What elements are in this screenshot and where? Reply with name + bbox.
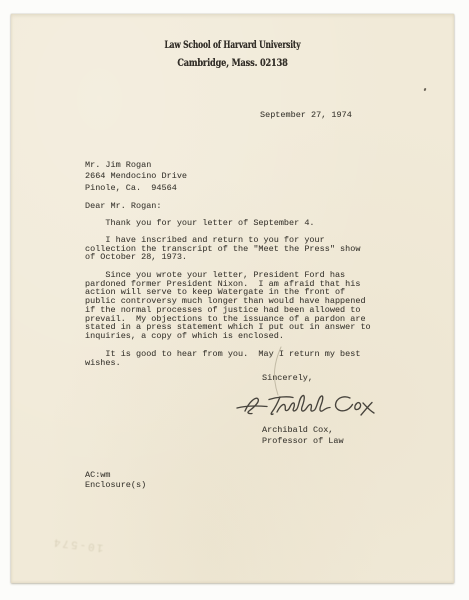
paragraph-2: I have inscribed and return to you for y… [85, 236, 360, 262]
letter-date: September 27, 1974 [260, 111, 352, 120]
paragraph-4: It is good to hear from you. May I retur… [85, 350, 360, 367]
paragraph-3: Since you wrote your letter, President F… [85, 271, 371, 341]
letterhead-city-zip: Cambridge, Mass. 02138 [51, 58, 414, 69]
letter-paper: Law School of Harvard University Cambrid… [11, 14, 454, 583]
letterhead-institution: Law School of Harvard University [66, 40, 398, 51]
paper-speck [423, 88, 426, 92]
signature-archibald-cox [235, 385, 375, 425]
salutation: Dear Mr. Rogan: [85, 202, 162, 211]
typist-reference-block: AC:wm Enclosure(s) [85, 470, 146, 490]
paragraph-1: Thank you for your letter of September 4… [85, 219, 315, 228]
recipient-address: Mr. Jim Rogan 2664 Mendocino Drive Pinol… [85, 160, 187, 194]
faint-pencil-note: 10-574 [51, 535, 104, 553]
typed-signer-block: Archibald Cox, Professor of Law [262, 425, 344, 446]
scanned-letter-photo: { "letterhead": { "line1": "Law School o… [0, 0, 469, 600]
